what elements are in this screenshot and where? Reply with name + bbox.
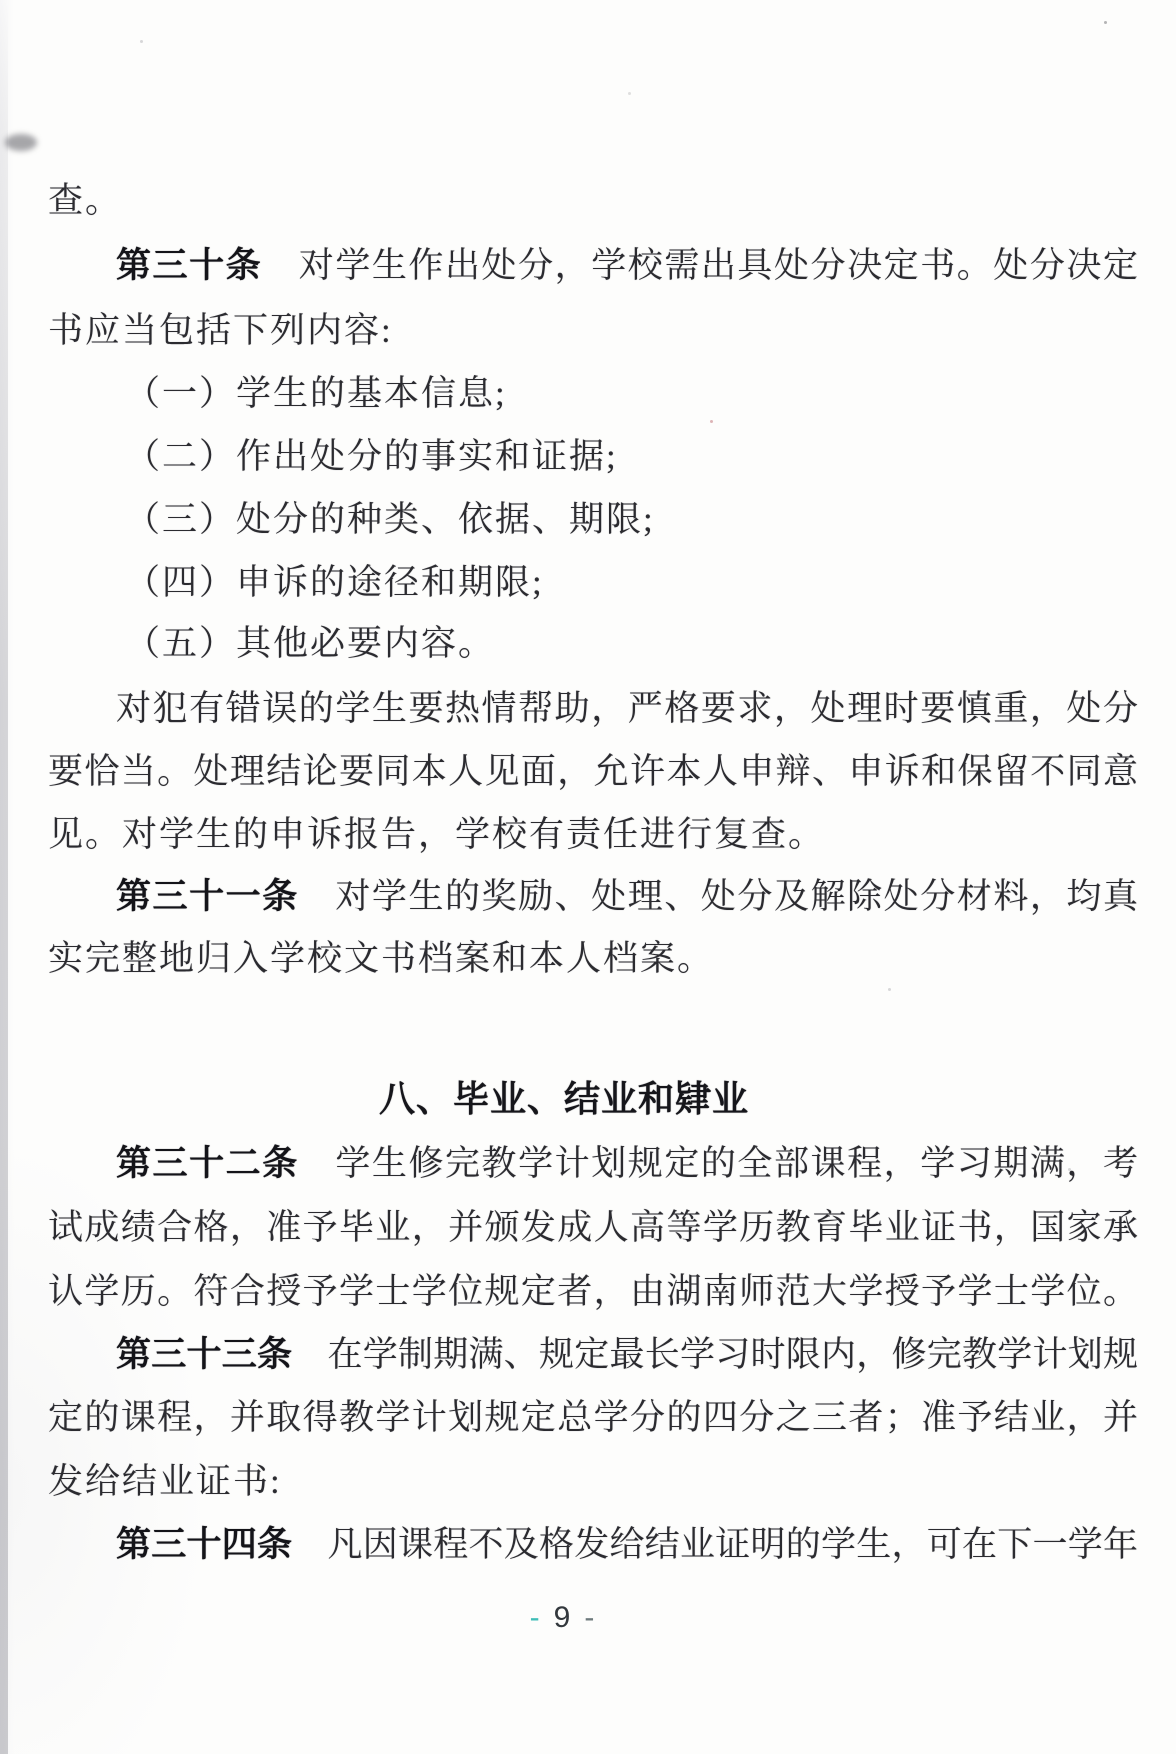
text-line: 第三十四条 凡因课程不及格发给结业证明的学生，可在下一学年 bbox=[48, 1524, 1138, 1566]
text-line: 第三十二条 学生修完教学计划规定的全部课程，学习期满，考 bbox=[48, 1143, 1138, 1185]
text-line: （二）作出处分的事实和证据; bbox=[48, 436, 1138, 478]
text-line: （五）其他必要内容。 bbox=[48, 623, 1138, 665]
scan-edge-artifact bbox=[0, 0, 8, 1754]
text-line: （三）处分的种类、依据、期限; bbox=[48, 499, 1138, 541]
line-text: （五）其他必要内容。 bbox=[125, 624, 495, 663]
line-text: 见。对学生的申诉报告，学校有责任进行复查。 bbox=[48, 815, 825, 854]
text-line: （一）学生的基本信息; bbox=[48, 373, 1138, 415]
text-line: 要恰当。处理结论要同本人见面，允许本人申辩、申诉和保留不同意 bbox=[48, 751, 1138, 793]
line-text: 凡因课程不及格发给结业证明的学生，可在下一学年 bbox=[292, 1525, 1138, 1564]
line-text: 试成绩合格，准予毕业，并颁发成人高等学历教育毕业证书，国家承 bbox=[48, 1208, 1138, 1247]
text-line: 第三十条 对学生作出处分，学校需出具处分决定书。处分决定 bbox=[48, 245, 1138, 287]
text-line: 对犯有错误的学生要热情帮助，严格要求，处理时要慎重，处分 bbox=[48, 688, 1138, 730]
line-text: 要恰当。处理结论要同本人见面，允许本人申辩、申诉和保留不同意 bbox=[48, 752, 1138, 791]
line-text: 发给结业证书: bbox=[48, 1462, 282, 1501]
text-line: 查。 bbox=[48, 180, 1138, 222]
text-line: 见。对学生的申诉报告，学校有责任进行复查。 bbox=[48, 814, 1138, 856]
text-line: 试成绩合格，准予毕业，并颁发成人高等学历教育毕业证书，国家承 bbox=[48, 1207, 1138, 1249]
text-line: 第三十一条 对学生的奖励、处理、处分及解除处分材料，均真 bbox=[48, 876, 1138, 918]
scan-speck bbox=[888, 988, 891, 991]
page-number-left-dash: - bbox=[530, 1601, 540, 1634]
line-text: 对学生的奖励、处理、处分及解除处分材料，均真 bbox=[299, 877, 1138, 916]
line-text: 学生修完教学计划规定的全部课程，学习期满，考 bbox=[299, 1144, 1138, 1183]
article-number: 第三十三条 bbox=[116, 1335, 292, 1374]
page-number-value: 9 bbox=[554, 1601, 571, 1634]
line-text: （四）申诉的途径和期限; bbox=[125, 563, 544, 602]
line-text: （一）学生的基本信息; bbox=[125, 374, 507, 413]
line-text: 书应当包括下列内容: bbox=[48, 311, 393, 350]
scan-speck bbox=[710, 420, 713, 423]
text-line: 实完整地归入学校文书档案和本人档案。 bbox=[48, 938, 1138, 980]
article-number: 第三十二条 bbox=[116, 1144, 299, 1183]
scan-smudge-artifact bbox=[5, 134, 37, 151]
line-text: 对学生作出处分，学校需出具处分决定书。处分决定 bbox=[262, 246, 1138, 285]
line-text: 在学制期满、规定最长学习时限内，修完教学计划规 bbox=[292, 1335, 1138, 1374]
line-text: （二）作出处分的事实和证据; bbox=[125, 437, 618, 476]
text-line: 书应当包括下列内容: bbox=[48, 310, 1138, 352]
article-number: 第三十四条 bbox=[116, 1525, 292, 1564]
page-number: -9- bbox=[0, 1601, 1150, 1635]
line-text: 实完整地归入学校文书档案和本人档案。 bbox=[48, 939, 714, 978]
line-text: 定的课程，并取得教学计划规定总学分的四分之三者；准予结业，并 bbox=[48, 1398, 1138, 1437]
line-text: （三）处分的种类、依据、期限; bbox=[125, 500, 655, 539]
page-number-right-dash: - bbox=[584, 1601, 594, 1634]
section-heading: 八、毕业、结业和肄业 bbox=[0, 1078, 1152, 1120]
line-text: 认学历。符合授予学士学位规定者，由湖南师范大学授予学士学位。 bbox=[48, 1272, 1138, 1311]
scanned-document-page: 查。第三十条 对学生作出处分，学校需出具处分决定书。处分决定书应当包括下列内容:… bbox=[0, 0, 1176, 1754]
text-line: （四）申诉的途径和期限; bbox=[48, 562, 1138, 604]
article-number: 第三十一条 bbox=[116, 877, 299, 916]
scan-speck bbox=[1104, 21, 1107, 24]
line-text: 查。 bbox=[48, 181, 122, 220]
line-text: 对犯有错误的学生要热情帮助，严格要求，处理时要慎重，处分 bbox=[116, 689, 1138, 728]
line-text: 八、毕业、结业和肄业 bbox=[379, 1078, 749, 1119]
text-line: 发给结业证书: bbox=[48, 1461, 1138, 1503]
scan-speck bbox=[140, 40, 143, 43]
scan-speck bbox=[628, 92, 631, 95]
text-line: 第三十三条 在学制期满、规定最长学习时限内，修完教学计划规 bbox=[48, 1334, 1138, 1376]
article-number: 第三十条 bbox=[116, 246, 262, 285]
text-line: 认学历。符合授予学士学位规定者，由湖南师范大学授予学士学位。 bbox=[48, 1271, 1138, 1313]
text-line: 定的课程，并取得教学计划规定总学分的四分之三者；准予结业，并 bbox=[48, 1397, 1138, 1439]
